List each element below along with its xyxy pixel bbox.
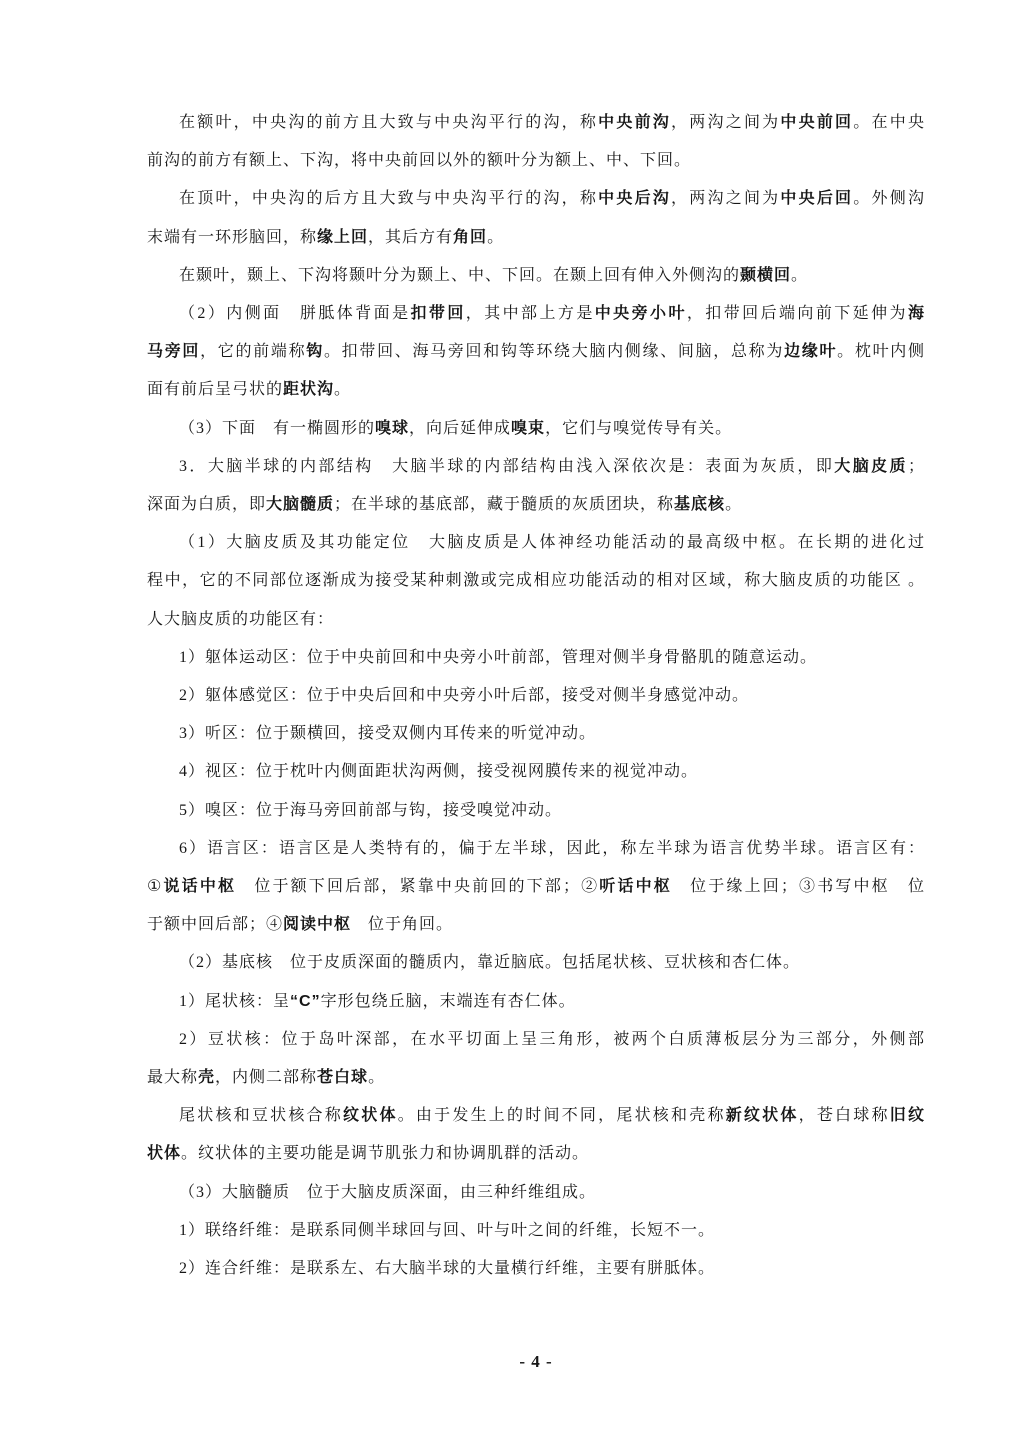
- text-line: ①说话中枢 位于额下回后部，紧靠中央前回的下部；②听话中枢 位于缘上回；③书写中…: [147, 868, 925, 906]
- text-segment: 2）豆状核：位于岛叶深部，在水平切面上呈三角形，被两个白质薄板层分为三部分，外侧…: [179, 1031, 925, 1048]
- text-segment: ，内侧二部称: [215, 1069, 317, 1086]
- text-line: 尾状核和豆状核合称纹状体。由于发生上的时间不同，尾状核和壳称新纹状体，苍白球称旧…: [147, 1097, 925, 1135]
- text-line: 2）豆状核：位于岛叶深部，在水平切面上呈三角形，被两个白质薄板层分为三部分，外侧…: [147, 1021, 925, 1059]
- text-line: 人大脑皮质的功能区有：: [147, 601, 925, 639]
- key-term: 说话中枢: [164, 878, 237, 895]
- text-segment: 。: [334, 381, 351, 398]
- key-term: 基底核: [674, 496, 725, 513]
- key-term: 边缘叶: [784, 343, 837, 360]
- key-term: 旧纹: [890, 1107, 925, 1124]
- text-segment: 在颞叶，颞上、下沟将颞叶分为颞上、中、下回。在颞上回有伸入外侧沟的: [179, 267, 740, 284]
- key-term: 大脑髓质: [266, 496, 334, 513]
- text-segment: 。纹状体的主要功能是调节肌张力和协调肌群的活动。: [181, 1145, 589, 1162]
- text-segment: ，向后延伸成: [409, 420, 511, 437]
- text-segment: （2）基底核 位于皮质深面的髓质内，靠近脑底。包括尾状核、豆状核和杏仁体。: [179, 954, 800, 971]
- document-body: 在额叶，中央沟的前方且大致与中央沟平行的沟，称中央前沟，两沟之间为中央前回。在中…: [147, 104, 925, 1288]
- text-segment: 位于角回。: [351, 916, 453, 933]
- text-line: 程中，它的不同部位逐渐成为接受某种刺激或完成相应功能活动的相对区域，称大脑皮质的…: [147, 562, 925, 600]
- text-segment: ，它的前端称: [200, 343, 306, 360]
- key-term: 中央后沟: [598, 190, 671, 207]
- text-segment: 尾状核和豆状核合称: [179, 1107, 343, 1124]
- key-term: 缘上回: [317, 229, 368, 246]
- text-segment: 。在中央: [853, 114, 925, 131]
- key-term: 海: [908, 305, 925, 322]
- text-segment: 2）连合纤维：是联系左、右大脑半球的大量横行纤维，主要有胼胝体。: [179, 1260, 715, 1277]
- text-segment: ，两沟之间为: [671, 114, 780, 131]
- text-line: （3）大脑髓质 位于大脑皮质深面，由三种纤维组成。: [147, 1174, 925, 1212]
- text-line: （2）基底核 位于皮质深面的髓质内，靠近脑底。包括尾状核、豆状核和杏仁体。: [147, 944, 925, 982]
- text-segment: 1）躯体运动区：位于中央前回和中央旁小叶前部，管理对侧半身骨骼肌的随意运动。: [179, 649, 817, 666]
- key-term: 嗅束: [511, 420, 545, 437]
- text-segment: 面有前后呈弓状的: [147, 381, 283, 398]
- text-line: 在额叶，中央沟的前方且大致与中央沟平行的沟，称中央前沟，两沟之间为中央前回。在中…: [147, 104, 925, 142]
- text-segment: 5）嗅区：位于海马旁回前部与钩，接受嗅觉冲动。: [179, 802, 562, 819]
- text-line: 2）连合纤维：是联系左、右大脑半球的大量横行纤维，主要有胼胝体。: [147, 1250, 925, 1288]
- key-term: 状体: [147, 1145, 181, 1162]
- key-term: 中央旁小叶: [595, 305, 687, 322]
- text-segment: 。扣带回、海马旁回和钩等环绕大脑内侧缘、间脑，总称为: [324, 343, 784, 360]
- text-segment: 程中，它的不同部位逐渐成为接受某种刺激或完成相应功能活动的相对区域，称大脑皮质的…: [147, 572, 925, 589]
- text-line: 马旁回，它的前端称钩。扣带回、海马旁回和钩等环绕大脑内侧缘、间脑，总称为边缘叶。…: [147, 333, 925, 371]
- text-segment: ①: [147, 878, 164, 895]
- text-segment: ，扣带回后端向前下延伸为: [687, 305, 908, 322]
- text-segment: 末端有一环形脑回，称: [147, 229, 317, 246]
- key-term: 嗅球: [375, 420, 409, 437]
- text-segment: 3．大脑半球的内部结构 大脑半球的内部结构由浅入深依次是：表面为灰质，即: [179, 458, 834, 475]
- key-term: 马旁回: [147, 343, 200, 360]
- key-term: 中央前回: [780, 114, 853, 131]
- text-segment: ，它们与嗅觉传导有关。: [545, 420, 732, 437]
- text-segment: 位于缘上回；③书写中枢 位: [672, 878, 925, 895]
- text-segment: 在额叶，中央沟的前方且大致与中央沟平行的沟，称: [179, 114, 598, 131]
- text-line: （1）大脑皮质及其功能定位 大脑皮质是人体神经功能活动的最高级中枢。在长期的进化…: [147, 524, 925, 562]
- text-segment: 。: [725, 496, 742, 513]
- text-segment: （1）大脑皮质及其功能定位 大脑皮质是人体神经功能活动的最高级中枢。在长期的进化…: [179, 534, 925, 551]
- text-segment: 字形包绕丘脑，末端连有杏仁体。: [321, 993, 576, 1010]
- text-segment: 。外侧沟: [853, 190, 925, 207]
- text-line: （3）下面 有一椭圆形的嗅球，向后延伸成嗅束，它们与嗅觉传导有关。: [147, 410, 925, 448]
- key-term: 新纹状体: [726, 1107, 799, 1124]
- text-line: 状体。纹状体的主要功能是调节肌张力和协调肌群的活动。: [147, 1135, 925, 1173]
- text-segment: ；: [908, 458, 925, 475]
- key-term: 大脑皮质: [834, 458, 908, 475]
- text-line: 前沟的前方有额上、下沟，将中央前回以外的额叶分为额上、中、下回。: [147, 142, 925, 180]
- text-line: （2）内侧面 胼胝体背面是扣带回，其中部上方是中央旁小叶，扣带回后端向前下延伸为…: [147, 295, 925, 333]
- key-term: 听话中枢: [599, 878, 672, 895]
- text-segment: 1）尾状核：呈: [179, 993, 290, 1010]
- text-segment: 最大称: [147, 1069, 198, 1086]
- text-segment: 。: [487, 229, 504, 246]
- text-segment: ，其中部上方是: [466, 305, 595, 322]
- text-line: 面有前后呈弓状的距状沟。: [147, 371, 925, 409]
- key-term: 纹状体: [343, 1107, 398, 1124]
- text-segment: 在顶叶，中央沟的后方且大致与中央沟平行的沟，称: [179, 190, 598, 207]
- key-term: 中央后回: [780, 190, 853, 207]
- text-line: 2）躯体感觉区：位于中央后回和中央旁小叶后部，接受对侧半身感觉冲动。: [147, 677, 925, 715]
- key-term: 壳: [198, 1069, 215, 1086]
- text-segment: 。: [791, 267, 808, 284]
- text-line: 最大称壳，内侧二部称苍白球。: [147, 1059, 925, 1097]
- text-line: 5）嗅区：位于海马旁回前部与钩，接受嗅觉冲动。: [147, 792, 925, 830]
- text-segment: 3）听区：位于颞横回，接受双侧内耳传来的听觉冲动。: [179, 725, 596, 742]
- text-segment: 前沟的前方有额上、下沟，将中央前回以外的额叶分为额上、中、下回。: [147, 152, 691, 169]
- text-segment: 1）联络纤维：是联系同侧半球回与回、叶与叶之间的纤维，长短不一。: [179, 1222, 715, 1239]
- key-term: 苍白球: [317, 1069, 368, 1086]
- text-line: 在顶叶，中央沟的后方且大致与中央沟平行的沟，称中央后沟，两沟之间为中央后回。外侧…: [147, 180, 925, 218]
- text-segment: 6）语言区：语言区是人类特有的，偏于左半球，因此，称左半球为语言优势半球。语言区…: [179, 840, 925, 857]
- text-segment: （3）下面 有一椭圆形的: [179, 420, 375, 437]
- text-segment: ；在半球的基底部，藏于髓质的灰质团块，称: [334, 496, 674, 513]
- text-line: 1）躯体运动区：位于中央前回和中央旁小叶前部，管理对侧半身骨骼肌的随意运动。: [147, 639, 925, 677]
- text-segment: 。由于发生上的时间不同，尾状核和壳称: [398, 1107, 726, 1124]
- text-segment: （3）大脑髓质 位于大脑皮质深面，由三种纤维组成。: [179, 1184, 596, 1201]
- text-line: 深面为白质，即大脑髓质；在半球的基底部，藏于髓质的灰质团块，称基底核。: [147, 486, 925, 524]
- key-term: 钩: [306, 343, 324, 360]
- key-term: 阅读中枢: [283, 916, 351, 933]
- text-line: 1）尾状核：呈“C”字形包绕丘脑，末端连有杏仁体。: [147, 983, 925, 1021]
- text-segment: 。枕叶内侧: [837, 343, 925, 360]
- key-term: “C”: [290, 993, 321, 1010]
- text-segment: 。: [368, 1069, 385, 1086]
- document-page: 在额叶，中央沟的前方且大致与中央沟平行的沟，称中央前沟，两沟之间为中央前回。在中…: [0, 0, 1023, 1447]
- text-line: 在颞叶，颞上、下沟将颞叶分为颞上、中、下回。在颞上回有伸入外侧沟的颞横回。: [147, 257, 925, 295]
- key-term: 扣带回: [411, 305, 466, 322]
- text-segment: 人大脑皮质的功能区有：: [147, 611, 334, 628]
- text-line: 6）语言区：语言区是人类特有的，偏于左半球，因此，称左半球为语言优势半球。语言区…: [147, 830, 925, 868]
- text-segment: 4）视区：位于枕叶内侧面距状沟两侧，接受视网膜传来的视觉冲动。: [179, 763, 698, 780]
- key-term: 距状沟: [283, 381, 334, 398]
- text-segment: 2）躯体感觉区：位于中央后回和中央旁小叶后部，接受对侧半身感觉冲动。: [179, 687, 749, 704]
- text-segment: 深面为白质，即: [147, 496, 266, 513]
- text-segment: ，两沟之间为: [671, 190, 780, 207]
- text-line: 于额中回后部；④阅读中枢 位于角回。: [147, 906, 925, 944]
- text-line: 1）联络纤维：是联系同侧半球回与回、叶与叶之间的纤维，长短不一。: [147, 1212, 925, 1250]
- text-line: 4）视区：位于枕叶内侧面距状沟两侧，接受视网膜传来的视觉冲动。: [147, 753, 925, 791]
- key-term: 角回: [453, 229, 487, 246]
- text-line: 末端有一环形脑回，称缘上回，其后方有角回。: [147, 219, 925, 257]
- key-term: 颞横回: [740, 267, 791, 284]
- text-line: 3．大脑半球的内部结构 大脑半球的内部结构由浅入深依次是：表面为灰质，即大脑皮质…: [147, 448, 925, 486]
- text-segment: （2）内侧面 胼胝体背面是: [179, 305, 411, 322]
- text-segment: ，其后方有: [368, 229, 453, 246]
- text-segment: 位于额下回后部，紧靠中央前回的下部；②: [236, 878, 599, 895]
- text-line: 3）听区：位于颞横回，接受双侧内耳传来的听觉冲动。: [147, 715, 925, 753]
- text-segment: 于额中回后部；④: [147, 916, 283, 933]
- key-term: 中央前沟: [598, 114, 671, 131]
- page-number: - 4 -: [147, 1343, 925, 1381]
- text-segment: ，苍白球称: [799, 1107, 890, 1124]
